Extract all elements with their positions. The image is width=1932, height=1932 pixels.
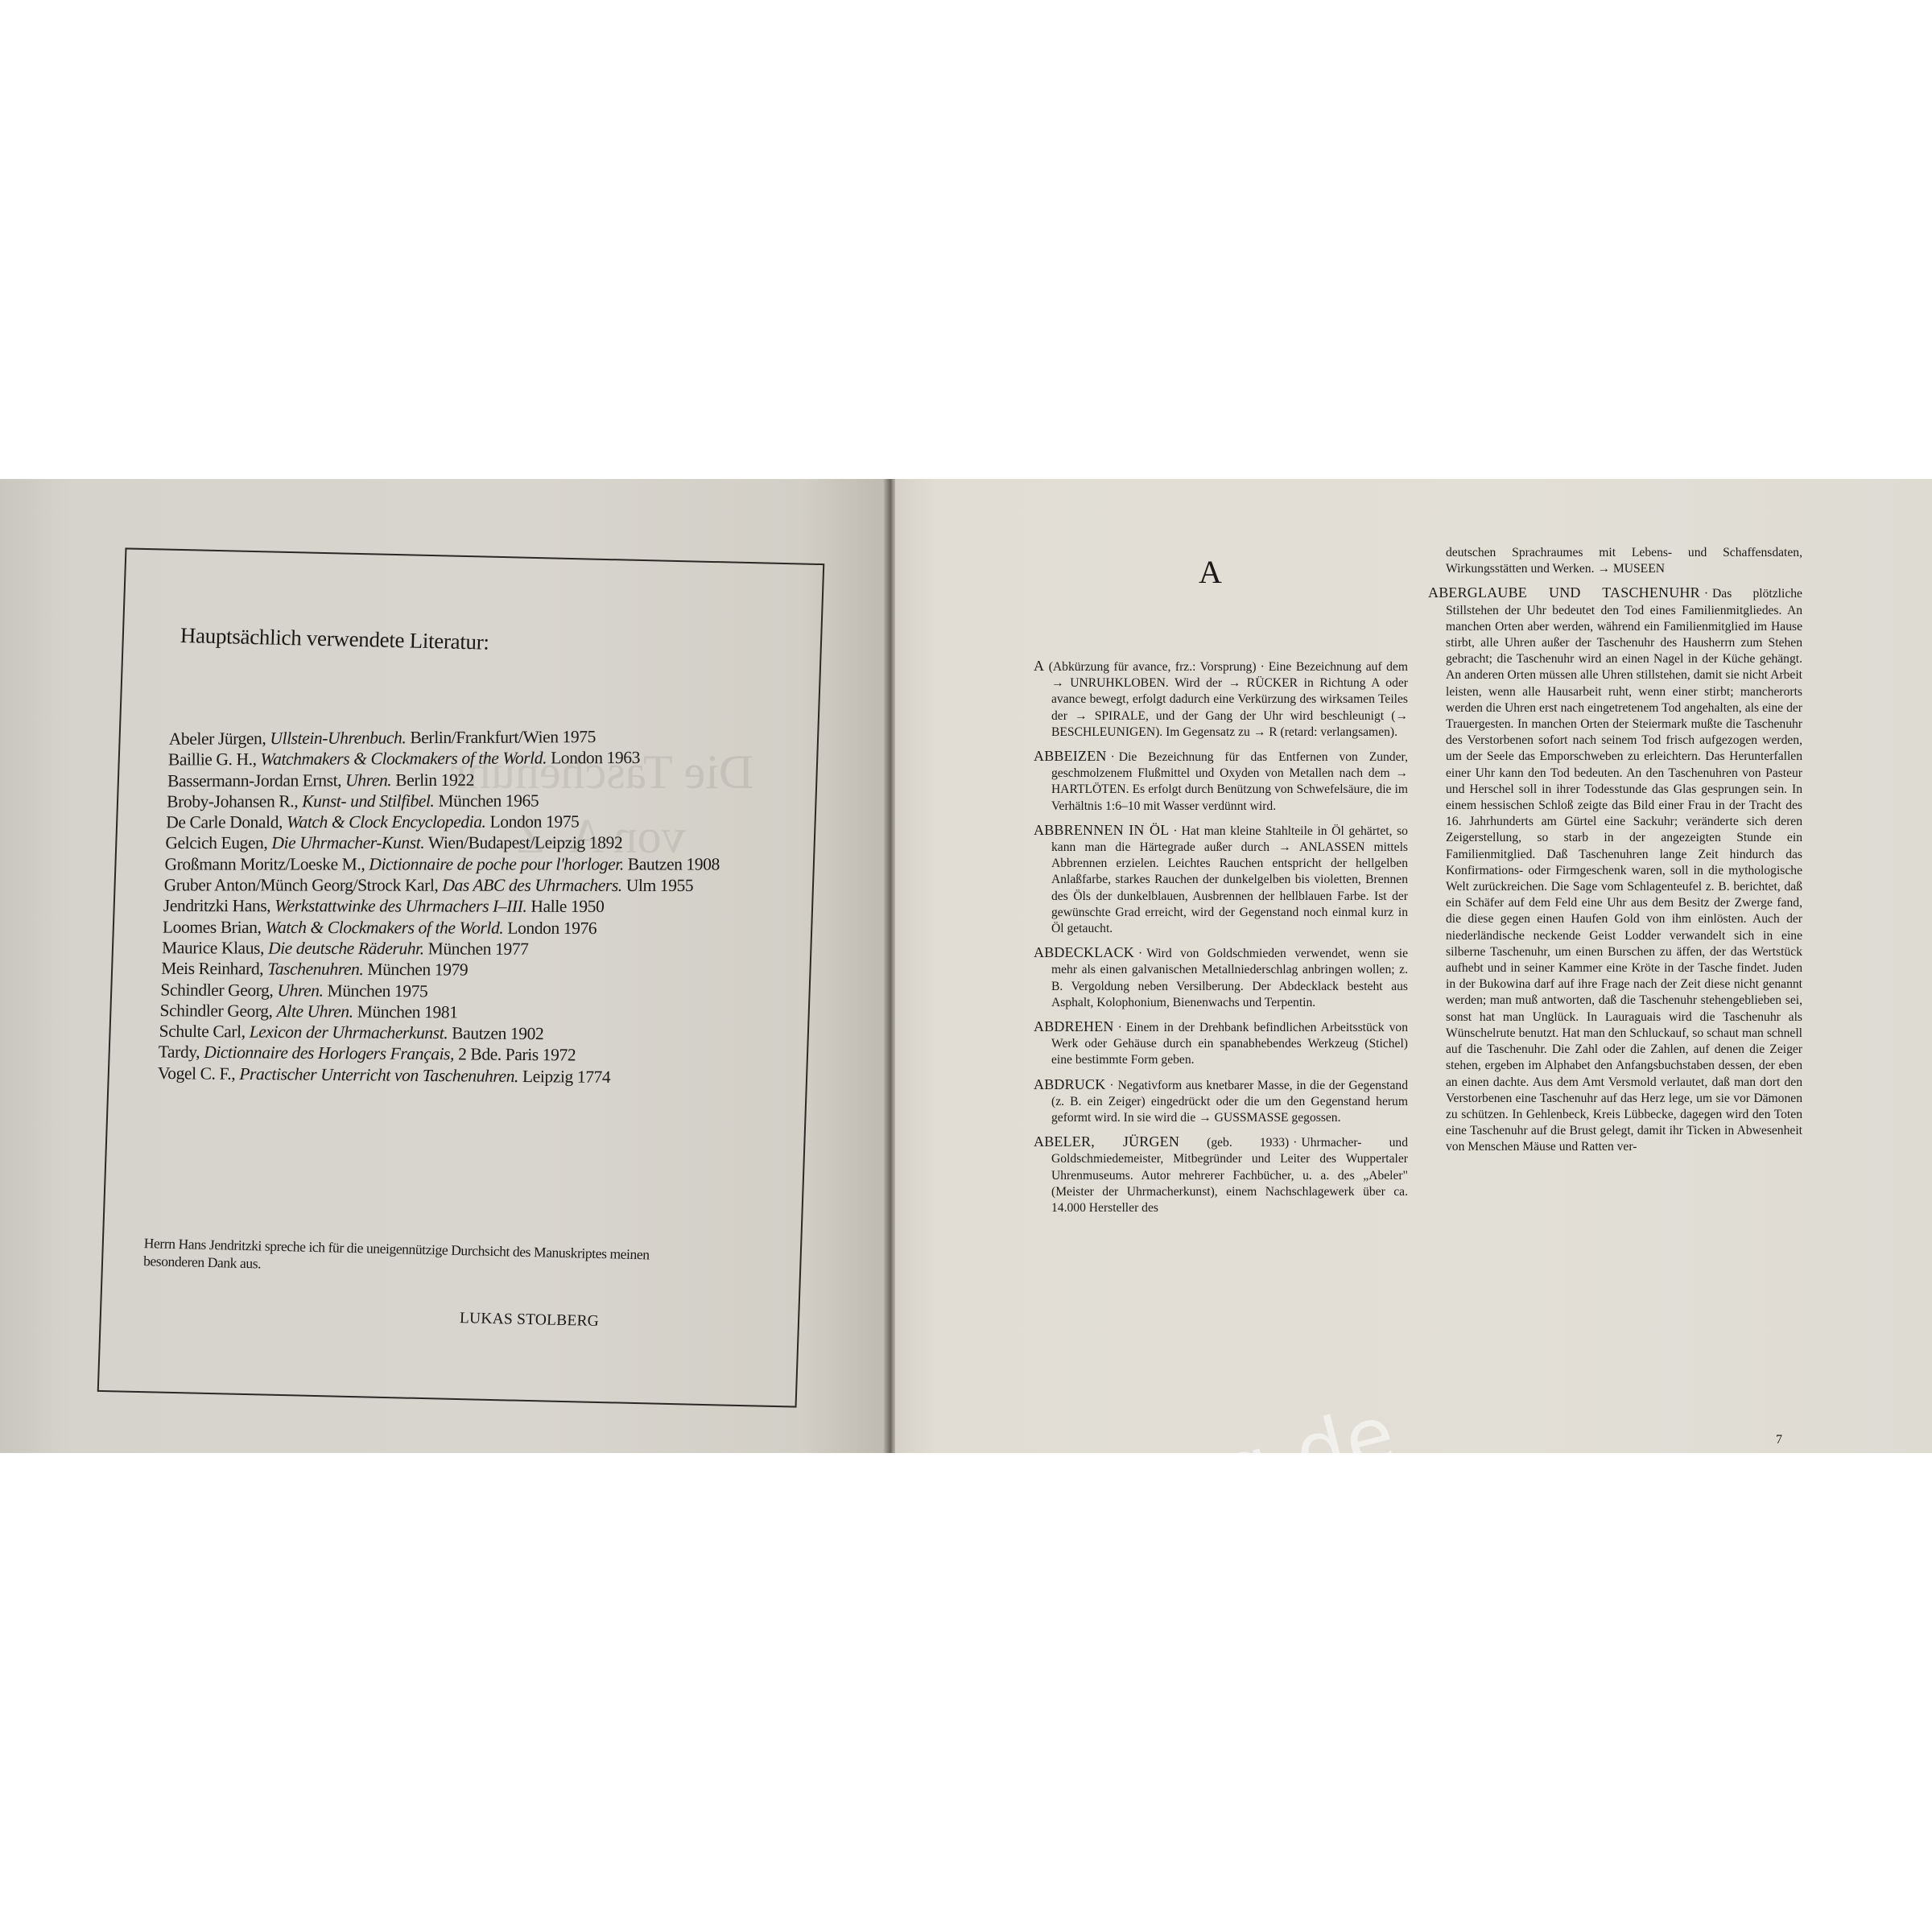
bibliography-heading: Hauptsächlich verwendete Literatur: xyxy=(180,623,489,655)
entry-author: Loomes Brian, xyxy=(163,917,266,936)
entry-author: Maurice Klaus, xyxy=(162,938,268,957)
entry-imprint: München 1975 xyxy=(323,980,427,1001)
dictionary-entry: ABELER, JÜRGEN (geb. 1933)·Uhrmacher- un… xyxy=(1034,1133,1408,1216)
entry-author: Gruber Anton/Münch Georg/Strock Karl, xyxy=(164,875,443,894)
entry-term: ABBRENNEN IN ÖL xyxy=(1034,822,1169,838)
bibliography-frame: Hauptsächlich verwendete Literatur: Abel… xyxy=(97,547,825,1407)
entry-imprint: Berlin/Frankfurt/Wien 1975 xyxy=(406,727,596,747)
entry-imprint: Wien/Budapest/Leipzig 1892 xyxy=(424,833,622,852)
entry-term: ABDECKLACK xyxy=(1034,944,1134,960)
entry-imprint: Leipzig 1774 xyxy=(518,1067,611,1087)
entry-imprint: Bautzen 1902 xyxy=(448,1023,543,1043)
bibliography-entry: Baillie G. H., Watchmakers & Clockmakers… xyxy=(168,746,812,770)
entry-title: Watchmakers & Clockmakers of the World. xyxy=(261,749,547,770)
entry-separator: · xyxy=(1257,660,1269,674)
bibliography-entry: Meis Reinhard, Taschenuhren. München 197… xyxy=(161,958,806,982)
dictionary-entry: ABDRUCK·Negativform aus knetbarer Masse,… xyxy=(1034,1076,1408,1127)
entry-author: Schulte Carl, xyxy=(159,1022,249,1042)
entry-author: Bassermann-Jordan Ernst, xyxy=(167,770,345,791)
entry-title: Die deutsche Räderuhr. xyxy=(268,939,424,959)
entry-term: ABDRUCK xyxy=(1034,1076,1105,1092)
entry-title: Uhren. xyxy=(345,770,391,790)
entry-author: Tardy, xyxy=(159,1042,204,1062)
acknowledgement-text: Herrn Hans Jendritzki spreche ich für di… xyxy=(143,1234,700,1282)
right-page: A A (Abkürzung für avance, frz.: Vorspru… xyxy=(895,479,1932,1453)
entry-title: Die Uhrmacher-Kunst. xyxy=(271,833,424,852)
book-spread: Die Taschenuhr von A–Z Hauptsächlich ver… xyxy=(0,479,1932,1453)
entry-title: Lexicon der Uhrmacherkunst. xyxy=(249,1022,448,1043)
bibliography-entry: De Carle Donald, Watch & Clock Encyclope… xyxy=(166,811,810,833)
entry-term: ABDREHEN xyxy=(1034,1018,1114,1034)
dictionary-column-left: A (Abkürzung für avance, frz.: Vorsprung… xyxy=(1034,658,1408,1224)
entry-title: Watch & Clockmakers of the World. xyxy=(265,918,503,938)
bibliography-entry: Bassermann-Jordan Ernst, Uhren. Berlin 1… xyxy=(167,768,811,791)
bibliography-entry: Jendritzki Hans, Werkstattwinke des Uhrm… xyxy=(163,895,807,918)
entry-continuation: deutschen Sprachraumes mit Lebens- und S… xyxy=(1428,545,1802,577)
entry-author: Großmann Moritz/Loeske M., xyxy=(164,854,369,873)
entry-term: ABELER, JÜRGEN xyxy=(1034,1133,1179,1150)
entry-imprint: München 1965 xyxy=(434,791,539,810)
entry-separator: · xyxy=(1700,587,1712,601)
entry-separator: · xyxy=(1107,750,1119,764)
entry-term: A xyxy=(1034,658,1044,674)
dictionary-entry: A (Abkürzung für avance, frz.: Vorsprung… xyxy=(1034,658,1408,741)
entry-imprint: München 1979 xyxy=(363,960,468,980)
dictionary-entry: ABERGLAUBE UND TASCHENUHR·Das plötzliche… xyxy=(1428,584,1802,1155)
entry-title: Taschenuhren. xyxy=(267,960,364,980)
section-letter-heading: A xyxy=(1199,553,1222,591)
entry-note: (Abkürzung für avance, frz.: Vorsprung) xyxy=(1044,660,1256,674)
entry-imprint: Bautzen 1908 xyxy=(624,854,720,873)
entry-note: (geb. 1933) xyxy=(1179,1136,1289,1150)
entry-imprint: London 1975 xyxy=(485,812,579,832)
bibliography-entry: Großmann Moritz/Loeske M., Dictionnaire … xyxy=(164,853,808,874)
entry-separator: · xyxy=(1289,1136,1301,1150)
entry-separator: · xyxy=(1134,947,1146,960)
entry-title: Das ABC des Uhrmachers. xyxy=(442,876,622,895)
entry-imprint: Berlin 1922 xyxy=(391,770,474,789)
entry-title: Dictionnaire des Horlogers Français, xyxy=(204,1042,454,1063)
entry-separator: · xyxy=(1114,1021,1126,1034)
entry-imprint: Ulm 1955 xyxy=(622,876,694,895)
entry-separator: · xyxy=(1105,1079,1117,1092)
entry-title: Uhren. xyxy=(277,980,324,1000)
entry-author: Schindler Georg, xyxy=(160,980,277,1000)
entry-separator: · xyxy=(1169,824,1181,838)
dictionary-entry: ABDECKLACK·Wird von Goldschmieden verwen… xyxy=(1034,944,1408,1011)
bibliography-entry: Loomes Brian, Watch & Clockmakers of the… xyxy=(163,916,807,939)
entry-title: Watch & Clock Encyclopedia. xyxy=(287,812,486,832)
bibliography-entry: Broby-Johansen R., Kunst- und Stilfibel.… xyxy=(167,790,811,812)
entry-title: Practischer Unterricht von Taschenuhren. xyxy=(239,1064,518,1086)
entry-title: Kunst- und Stilfibel. xyxy=(302,791,434,811)
entry-author: Baillie G. H., xyxy=(168,749,261,769)
bibliography-list: Abeler Jürgen, Ullstein-Uhrenbuch. Berli… xyxy=(158,720,814,1094)
entry-author: Jendritzki Hans, xyxy=(163,896,275,915)
entry-imprint: London 1976 xyxy=(503,918,597,937)
bibliography-entry: Maurice Klaus, Die deutsche Räderuhr. Mü… xyxy=(162,937,807,960)
bibliography-entry: Gruber Anton/Münch Georg/Strock Karl, Da… xyxy=(164,874,808,896)
page-number: 7 xyxy=(1776,1433,1782,1447)
entry-title: Alte Uhren. xyxy=(276,1001,353,1022)
entry-imprint: München 1981 xyxy=(353,1001,458,1022)
entry-author: Meis Reinhard, xyxy=(161,959,267,979)
entry-imprint: München 1977 xyxy=(424,939,529,958)
entry-term: ABBEIZEN xyxy=(1034,748,1107,764)
entry-title: Werkstattwinke des Uhrmachers I–III. xyxy=(275,897,527,917)
entry-term: ABERGLAUBE UND TASCHENUHR xyxy=(1428,584,1700,601)
entry-author: Abeler Jürgen, xyxy=(169,729,270,749)
dictionary-entry: ABDREHEN·Einem in der Drehbank befindlic… xyxy=(1034,1018,1408,1069)
entry-author: Broby-Johansen R., xyxy=(167,791,302,811)
entry-definition: Hat man kleine Stahlteile in Öl gehärtet… xyxy=(1051,824,1408,935)
entry-definition: Das plötzliche Stillstehen der Uhr bedeu… xyxy=(1446,587,1802,1154)
dictionary-column-right: deutschen Sprachraumes mit Lebens- und S… xyxy=(1428,545,1802,1163)
entry-imprint: Halle 1950 xyxy=(526,897,604,916)
entry-title: Dictionnaire de poche pour l'horloger. xyxy=(369,854,624,873)
dictionary-entry: ABBEIZEN·Die Bezeichnung für das Entfern… xyxy=(1034,748,1408,815)
entry-author: De Carle Donald, xyxy=(166,812,287,832)
entry-author: Schindler Georg, xyxy=(159,1001,276,1021)
bibliography-entry: Gelcich Eugen, Die Uhrmacher-Kunst. Wien… xyxy=(165,832,809,854)
entry-author: Vogel C. F., xyxy=(158,1063,240,1084)
author-signature: LUKAS STOLBERG xyxy=(460,1310,600,1331)
entry-title: Ullstein-Uhrenbuch. xyxy=(270,728,406,748)
dictionary-entry: ABBRENNEN IN ÖL·Hat man kleine Stahlteil… xyxy=(1034,822,1408,937)
left-page: Die Taschenuhr von A–Z Hauptsächlich ver… xyxy=(0,479,890,1453)
entry-imprint: 2 Bde. Paris 1972 xyxy=(454,1045,576,1065)
entry-imprint: London 1963 xyxy=(547,748,640,767)
entry-author: Gelcich Eugen, xyxy=(165,833,271,852)
